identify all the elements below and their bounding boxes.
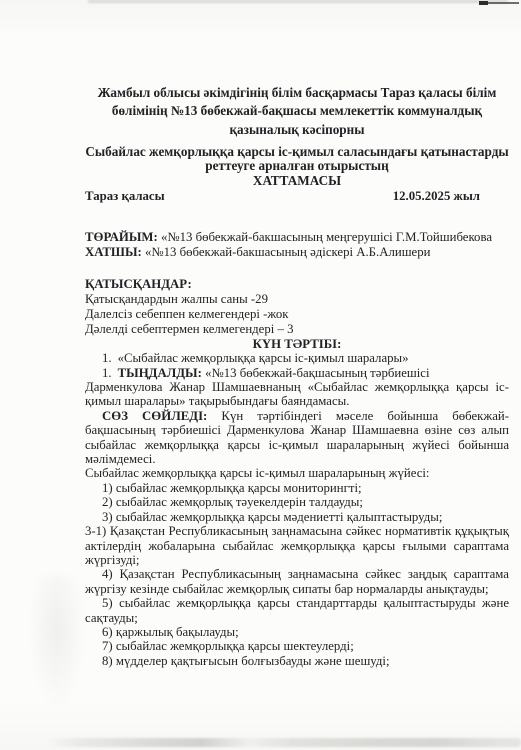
attendees-block: ҚАТЫСҚАНДАР: Қатысқандардын жалпы саны -… bbox=[85, 277, 509, 337]
place-date-row: Тараз қаласы 12.05.2025 жыл bbox=[85, 189, 509, 204]
organization-name: Жамбыл облысы әкімдігінің білім басқарма… bbox=[85, 84, 509, 139]
measure-7: 7) сыбайлас жемқорлыққа қарсы шектеулерд… bbox=[85, 639, 509, 653]
secretary-line: ХАТШЫ: «№13 бөбекжай-бакшасының әдіскері… bbox=[85, 245, 509, 260]
secretary-label: ХАТШЫ: bbox=[85, 245, 142, 259]
chairperson-name: «№13 бөбекжай-бакшасының меңгерушісі Г.М… bbox=[158, 230, 492, 244]
scan-artifact-bottom-smudge bbox=[45, 738, 521, 747]
attendees-total: Қатысқандардын жалпы саны -29 bbox=[85, 292, 509, 307]
attendees-heading: ҚАТЫСҚАНДАР: bbox=[85, 277, 509, 292]
spoke-label: СӨЗ СӨЙЛЕДІ: bbox=[102, 409, 207, 423]
agenda-item-text: «Сыбайлас жемқорлыққа қарсы іс-қимыл шар… bbox=[118, 351, 409, 365]
measure-1: 1) сыбайлас жемқорлыққа қарсы мониторинг… bbox=[85, 481, 509, 495]
heard-intro: «№13 бөбекжай-бақшасының тәрбиешісі bbox=[202, 366, 430, 380]
attendees-absent-excused: Дәлелді себептермен келмегендері – 3 bbox=[85, 322, 509, 337]
heard-number: 1. bbox=[102, 366, 112, 380]
chairperson-line: ТӨРАЙЫМ: «№13 бөбекжай-бакшасының меңгер… bbox=[85, 230, 509, 245]
attendees-absent-unexcused: Далелсіз себеппен келмегендері -жок bbox=[85, 307, 509, 322]
measure-3: 3) сыбайлас жемқорлыққа қарсы мәдениетті… bbox=[85, 510, 509, 524]
measure-3-1: 3-1) Қазақстан Республикасының заңнамасы… bbox=[85, 524, 509, 567]
heard-label: ТЫҢДАЛДЫ: bbox=[118, 366, 202, 380]
org-name-line-1: Жамбыл облысы әкімдігінің білім басқарма… bbox=[85, 84, 509, 102]
date-label: 12.05.2025 жыл bbox=[393, 189, 480, 204]
place-label: Тараз қаласы bbox=[85, 189, 165, 204]
measure-8: 8) мүдделер қақтығысын болғызбауды және … bbox=[85, 654, 509, 668]
heard-continuation: Дарменкулова Жанар Шамшаевнаның «Сыбайла… bbox=[85, 380, 509, 408]
measure-2: 2) сыбайлас жемқорлық тәуекелдерін талда… bbox=[85, 495, 509, 509]
measure-6: 6) қаржылық бақылауды; bbox=[85, 625, 509, 639]
agenda-item-number: 1. bbox=[102, 351, 112, 365]
heard-paragraph: 1.ТЫҢДАЛДЫ: «№13 бөбекжай-бақшасының тәр… bbox=[85, 366, 509, 409]
org-name-line-3: қазыналық кәсіпорны bbox=[85, 121, 509, 139]
officials-block: ТӨРАЙЫМ: «№13 бөбекжай-бакшасының меңгер… bbox=[85, 230, 509, 260]
document-title: Сыбайлас жемқорлыққа қарсы іс-қимыл сала… bbox=[85, 145, 509, 188]
measure-4: 4) Қазақстан Республикасының заңнамасына… bbox=[85, 567, 509, 596]
title-line-2: реттеуге арналған отырыстың bbox=[85, 159, 509, 173]
scan-artifact-top-edge bbox=[88, 0, 508, 3]
scan-artifact-margin-smudge bbox=[28, 575, 86, 710]
measure-5: 5) сыбайлас жемқорлыққа қарсы стандартта… bbox=[85, 596, 509, 625]
ink-blob bbox=[479, 1, 488, 5]
title-line-3: ХАТТАМАСЫ bbox=[85, 174, 509, 188]
spoke-paragraph: СӨЗ СӨЙЛЕДІ: Күн тәртібіндегі мәселе бой… bbox=[85, 409, 509, 467]
ink-line bbox=[488, 2, 519, 4]
measures-intro: Сыбайлас жемқорлыққа қарсы іс-қимыл шара… bbox=[85, 466, 509, 480]
agenda-item-1: 1.«Сыбайлас жемқорлыққа қарсы іс-қимыл ш… bbox=[85, 351, 509, 365]
document-body: Жамбыл облысы әкімдігінің білім басқарма… bbox=[85, 84, 509, 668]
scanned-protocol-document: Жамбыл облысы әкімдігінің білім басқарма… bbox=[0, 0, 521, 750]
scan-artifact-corner-mark bbox=[479, 0, 519, 7]
secretary-name: «№13 бөбекжай-бакшасының әдіскері А.Б.Ал… bbox=[142, 245, 431, 259]
chairperson-label: ТӨРАЙЫМ: bbox=[85, 230, 158, 244]
title-line-1: Сыбайлас жемқорлыққа қарсы іс-қимыл сала… bbox=[85, 145, 509, 159]
agenda-heading: КҮН ТӘРТІБІ: bbox=[85, 337, 509, 351]
org-name-line-2: бөлімінің №13 бөбекжай-бақшасы мемлекетт… bbox=[85, 102, 509, 120]
